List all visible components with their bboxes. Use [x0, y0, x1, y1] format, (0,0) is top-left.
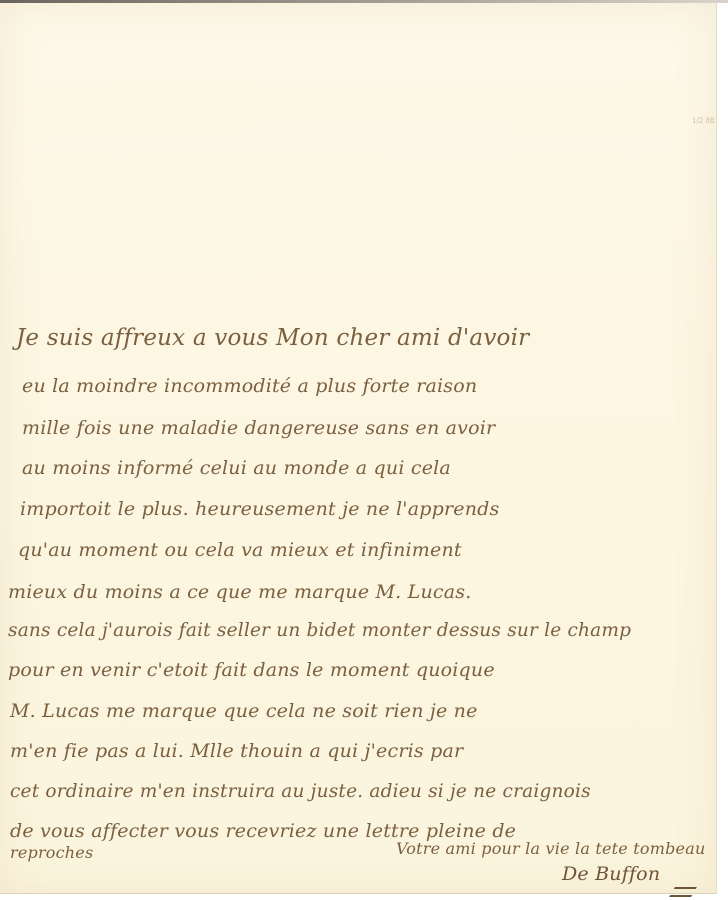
letter-line-14: reproches	[10, 843, 93, 862]
letter-line-4: au moins informé celui au monde a qui ce…	[22, 457, 451, 479]
letter-closing: Votre ami pour la vie la tete tombeau	[396, 839, 705, 858]
letter-line-12: cet ordinaire m'en instruira au juste. a…	[10, 781, 591, 802]
letter-line-3: mille fois une maladie dangereuse sans e…	[22, 417, 495, 439]
letter-line-8: sans cela j'aurois fait seller un bidet …	[8, 620, 631, 641]
letter-line-10: M. Lucas me marque que cela ne soit rien…	[10, 700, 478, 722]
letter-line-9: pour en venir c'etoit fait dans le momen…	[8, 659, 495, 681]
letter-line-5: importoit le plus. heureusement je ne l'…	[20, 498, 499, 520]
letter-page: 1/2 88 Je suis affreux a vous Mon cher a…	[0, 3, 717, 894]
signature: De Buffon	[562, 863, 660, 885]
folio-mark: 1/2 88	[692, 117, 714, 125]
letter-line-1: Je suis affreux a vous Mon cher ami d'av…	[16, 325, 529, 351]
line-text: Je suis affreux a vous Mon cher ami d'av…	[16, 325, 529, 351]
letter-line-7: mieux du moins a ce que me marque M. Luc…	[8, 581, 471, 603]
letter-line-6: qu'au moment ou cela va mieux et infinim…	[18, 539, 462, 561]
signature-flourish-icon	[669, 887, 697, 897]
letter-line-11: m'en fie pas a lui. Mlle thouin a qui j'…	[10, 740, 463, 762]
letter-line-2: eu la moindre incommodité a plus forte r…	[22, 375, 477, 397]
